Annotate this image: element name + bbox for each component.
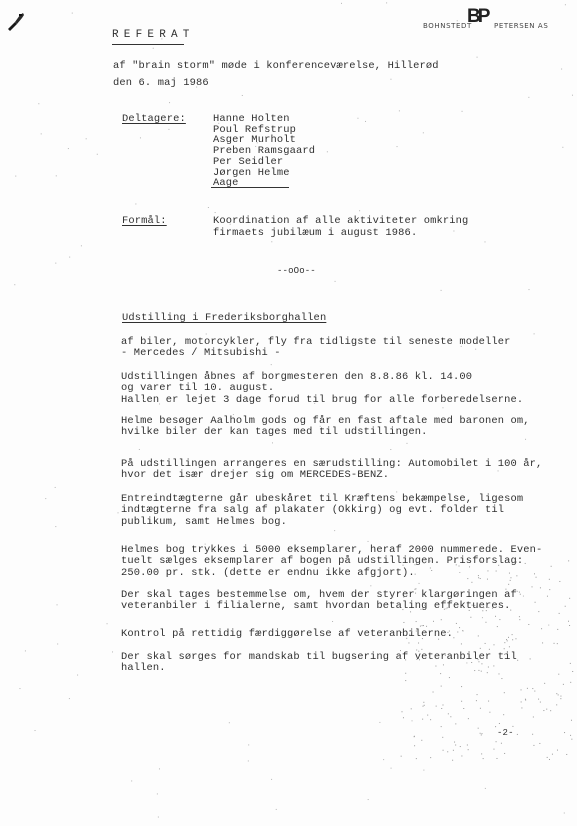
paragraph-line: veteranbiler i filialerne, samt hvordan …	[121, 601, 511, 613]
title-underline	[112, 44, 184, 45]
letterhead-right: PETERSEN AS	[494, 22, 548, 30]
paragraph-line: - Mercedes / Mitsubishi -	[121, 348, 281, 360]
paragraph-line: publikum, samt Helmes bog.	[121, 517, 287, 529]
purpose-label: Formål:	[122, 216, 167, 228]
separator: --oOo--	[277, 266, 316, 278]
purpose-line-1: Koordination af alle aktiviteter omkring	[213, 216, 468, 228]
paragraph-line: hvor det især drejer sig om MERCEDES-BEN…	[121, 470, 389, 482]
paragraph-line: Der skal sørges for mandskab til bugseri…	[121, 652, 517, 664]
subtitle: af "brain storm" møde i konferenceværels…	[113, 61, 439, 73]
document-title: REFERAT	[112, 30, 195, 42]
paragraph-line: hvilke biler der kan tages med til udsti…	[121, 427, 428, 439]
pen-mark-icon	[6, 10, 26, 32]
document-page: BOHNSTEDT BP PETERSEN AS REFERAT af "bra…	[0, 0, 577, 826]
paragraph-line: Hallen er lejet 3 dage forud til brug fo…	[121, 395, 523, 407]
company-logo: BP	[467, 6, 487, 28]
page-number: -2-	[497, 728, 514, 740]
letterhead-left: BOHNSTEDT	[423, 22, 472, 30]
paragraph-line: Kontrol på rettidig færdiggørelse af vet…	[121, 629, 453, 641]
paragraph-line: hallen.	[121, 663, 166, 675]
meeting-date: den 6. maj 1986	[113, 78, 209, 90]
section-heading: Udstilling i Frederiksborghallen	[122, 313, 326, 325]
purpose-line-2: firmaets jubilæum i august 1986.	[213, 228, 417, 240]
participant-underline	[211, 187, 289, 188]
participants-label: Deltagere:	[122, 114, 186, 126]
paragraph-line: 250.00 pr. stk. (dette er endnu ikke afg…	[121, 568, 415, 580]
